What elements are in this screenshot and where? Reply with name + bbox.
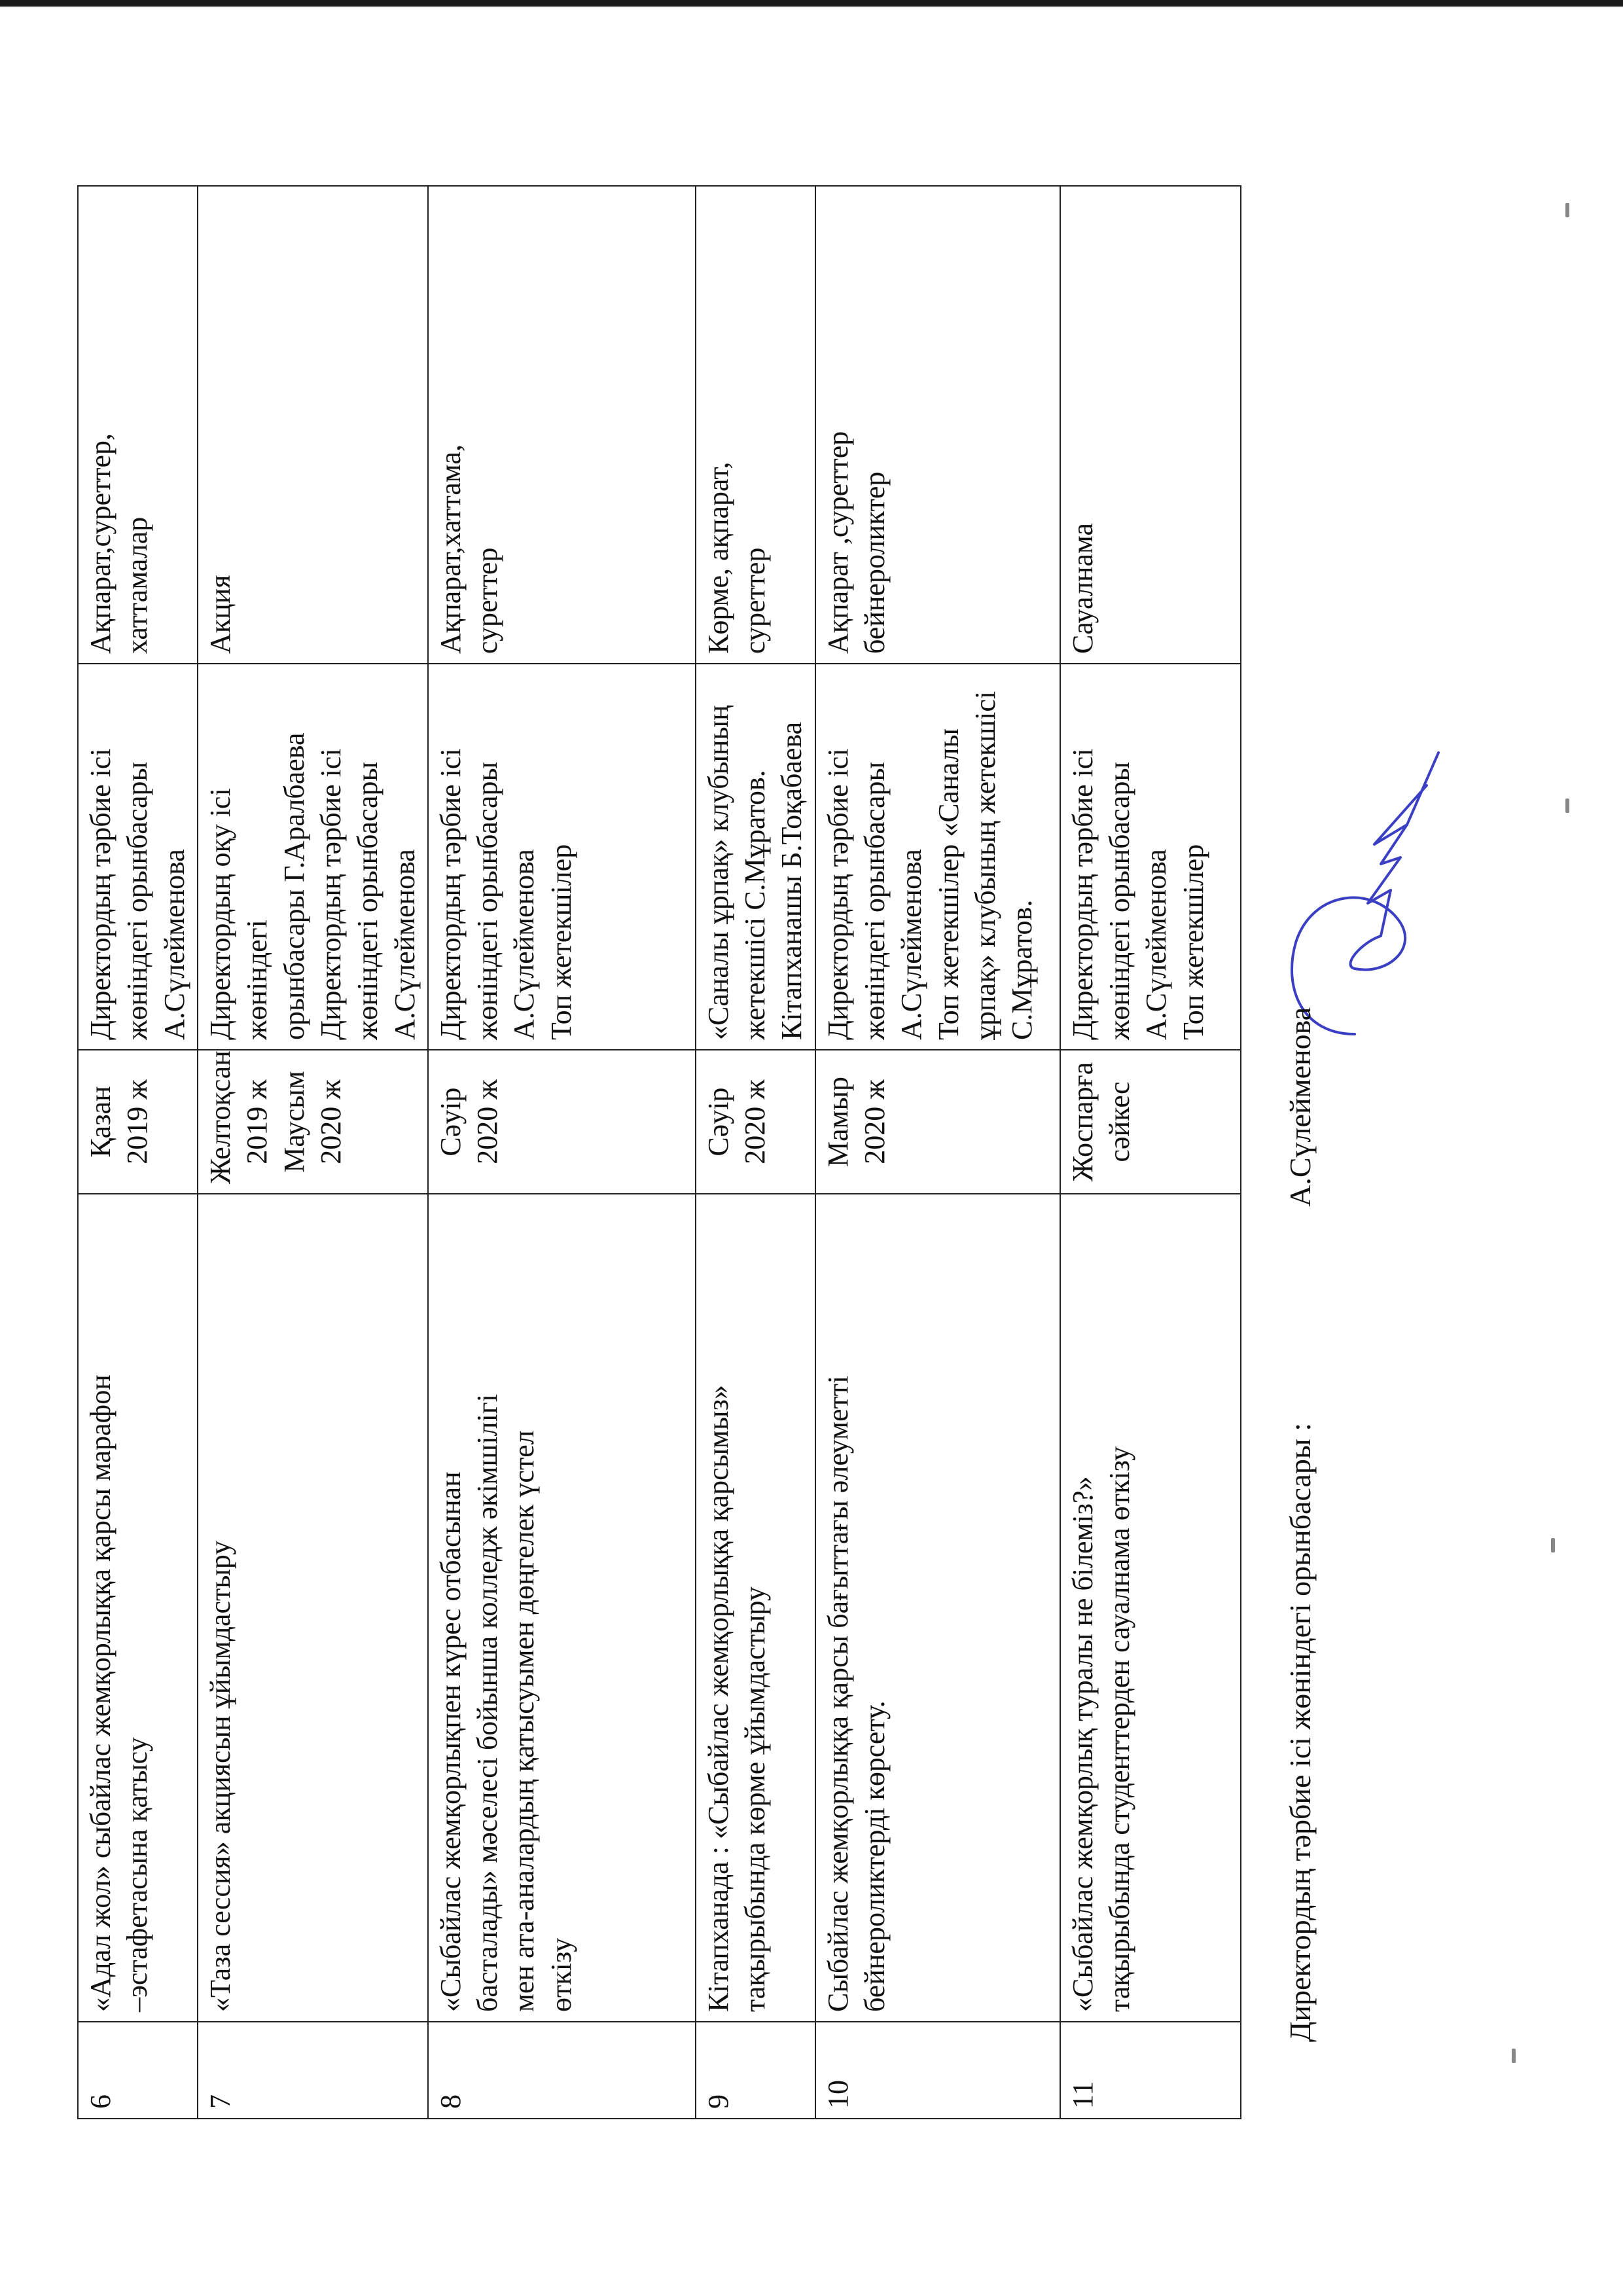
- responsible-cell-line: Топ жетекшілер: [543, 673, 580, 1040]
- date-cell-line: 2020 ж: [857, 1060, 893, 1184]
- activity-cell-line: тақырыбында студенттерден сауалнама өткі…: [1101, 1204, 1138, 2012]
- responsible-cell-line: А.Сүлейменова: [387, 673, 423, 1040]
- responsible-cell-line: жетекшісі С.Мұратов.: [737, 673, 774, 1040]
- responsible-cell: Директордың тәрбие ісіжөніндегі орынбаса…: [428, 664, 696, 1050]
- table-row: 7«Таза сессия» акциясын ұйымдастыруЖелто…: [198, 186, 428, 2119]
- date-cell-line: Маусым: [276, 1060, 313, 1184]
- row-number: 8: [428, 2022, 696, 2119]
- responsible-cell-line: Топ жетекшілер «Саналы: [931, 673, 967, 1040]
- activity-cell: «Таза сессия» акциясын ұйымдастыру: [198, 1194, 428, 2022]
- table-row: 8«Сыбайлас жемқорлықпен күрес отбасынанб…: [428, 186, 696, 2119]
- activity-plan-table: 6«Адал жол» сыбайлас жемқорлыққа қарсы м…: [77, 185, 1241, 2119]
- date-cell-line: Қазан: [82, 1060, 119, 1184]
- row-number-line: 6: [82, 2032, 119, 2109]
- responsible-cell-line: жөніндегі орынбасары: [857, 673, 893, 1040]
- responsible-cell-line: орынбасары Г.Аралбаева: [276, 673, 313, 1040]
- activity-cell: «Адал жол» сыбайлас жемқорлыққа қарсы ма…: [78, 1194, 198, 2022]
- activity-cell: Кітапханада : «Сыбайлас жемқорлыққа қарс…: [696, 1194, 815, 2022]
- activity-cell: «Сыбайлас жемқорлық туралы не білеміз?»т…: [1060, 1194, 1241, 2022]
- activity-cell-line: басталады» мәселесі бойынша колледж әкім…: [469, 1204, 506, 2012]
- activity-cell-line: «Сыбайлас жемқорлықпен күрес отбасынан: [433, 1204, 469, 2012]
- responsible-cell-line: Директордың оқу ісі жөніндегі: [202, 673, 276, 1040]
- responsible-cell-line: Директордың тәрбие ісі: [433, 673, 469, 1040]
- result-cell-line: бейнероликтер: [857, 196, 893, 654]
- date-cell: Жоспарғасәйкес: [1060, 1050, 1241, 1194]
- date-cell: Желтоқсан2019 жМаусым2020 ж: [198, 1050, 428, 1194]
- date-cell-line: Сәуір: [700, 1060, 737, 1184]
- table-row: 9Кітапханада : «Сыбайлас жемқорлыққа қар…: [696, 186, 815, 2119]
- row-number-line: 9: [700, 2032, 737, 2109]
- responsible-cell-line: А.Сүлейменова: [506, 673, 543, 1040]
- result-cell-line: суреттер: [469, 196, 506, 654]
- activity-cell-line: «Таза сессия» акциясын ұйымдастыру: [202, 1204, 239, 2012]
- activity-cell-line: тақырыбында көрме ұйымдастыру: [737, 1204, 774, 2012]
- activity-cell-line: Кітапханада : «Сыбайлас жемқорлыққа қарс…: [700, 1204, 737, 2012]
- scan-speck: [1551, 1538, 1555, 1552]
- date-cell: Қазан2019 ж: [78, 1050, 198, 1194]
- date-cell-line: 2020 ж: [313, 1060, 349, 1184]
- table-row: 6«Адал жол» сыбайлас жемқорлыққа қарсы м…: [78, 186, 198, 2119]
- result-cell-line: Ақпарат,суреттер,: [82, 196, 119, 654]
- activity-cell: «Сыбайлас жемқорлықпен күрес отбасынанба…: [428, 1194, 696, 2022]
- activity-cell-line: –эстафетасына қатысу: [119, 1204, 156, 2012]
- activity-cell-line: «Сыбайлас жемқорлық туралы не білеміз?»: [1065, 1204, 1101, 2012]
- scan-speck: [1565, 203, 1569, 217]
- date-cell-line: 2019 ж: [239, 1060, 276, 1184]
- result-cell-line: суреттер: [737, 196, 774, 654]
- date-cell-line: 2020 ж: [737, 1060, 774, 1184]
- responsible-cell-line: жөніндегі орынбасары: [1101, 673, 1138, 1040]
- date-cell-line: сәйкес: [1101, 1060, 1138, 1184]
- activity-cell-line: «Адал жол» сыбайлас жемқорлыққа қарсы ма…: [82, 1204, 119, 2012]
- landscape-page: 6«Адал жол» сыбайлас жемқорлыққа қарсы м…: [77, 185, 1241, 2119]
- signature-name: А.Сүлейменова: [1283, 1007, 1317, 1207]
- row-number-line: 11: [1065, 2032, 1101, 2109]
- row-number: 6: [78, 2022, 198, 2119]
- row-number: 11: [1060, 2022, 1241, 2119]
- row-number-line: 7: [202, 2032, 239, 2109]
- result-cell-line: Ақпарат ,суреттер: [820, 196, 857, 654]
- result-cell: Ақпарат,хаттама,суреттер: [428, 186, 696, 664]
- row-number-line: 8: [433, 2032, 469, 2109]
- date-cell-line: Желтоқсан: [202, 1060, 239, 1184]
- responsible-cell-line: Топ жетекшілер: [1175, 673, 1212, 1040]
- date-cell-line: Сәуір: [433, 1060, 469, 1184]
- row-number: 7: [198, 2022, 428, 2119]
- result-cell-line: Акция: [202, 196, 239, 654]
- result-cell-line: Ақпарат,хаттама,: [433, 196, 469, 654]
- date-cell-line: Мамыр: [820, 1060, 857, 1184]
- result-cell: Ақпарат,суреттер,хаттамалар: [78, 186, 198, 664]
- responsible-cell-line: С.Мұратов.: [1004, 673, 1041, 1040]
- result-cell-line: хаттамалар: [119, 196, 156, 654]
- responsible-cell-line: А.Сүлейменова: [156, 673, 193, 1040]
- scan-speck: [1512, 2049, 1516, 2063]
- result-cell: Сауалнама: [1060, 186, 1241, 664]
- table-row: 10Сыбайлас жемқорлыққа қарсы бағыттағы ә…: [815, 186, 1060, 2119]
- date-cell: Сәуір2020 ж: [428, 1050, 696, 1194]
- date-cell: Сәуір2020 ж: [696, 1050, 815, 1194]
- responsible-cell-line: «Саналы ұрпақ» клубының: [700, 673, 737, 1040]
- activity-cell: Сыбайлас жемқорлыққа қарсы бағыттағы әле…: [815, 1194, 1060, 2022]
- activity-cell-line: өткізу: [543, 1204, 580, 2012]
- result-cell: Көрме, ақпарат,суреттер: [696, 186, 815, 664]
- activity-cell-line: мен ата-аналардың қатысуымен дөңгелек үс…: [506, 1204, 543, 2012]
- responsible-cell-line: Директордың тәрбие ісі: [1065, 673, 1101, 1040]
- responsible-cell: «Саналы ұрпақ» клубыныңжетекшісі С.Мұрат…: [696, 664, 815, 1050]
- result-cell: Ақпарат ,суреттербейнероликтер: [815, 186, 1060, 664]
- responsible-cell-line: Директордың тәрбие ісі: [820, 673, 857, 1040]
- row-number: 10: [815, 2022, 1060, 2119]
- table-row: 11«Сыбайлас жемқорлық туралы не білеміз?…: [1060, 186, 1241, 2119]
- responsible-cell: Директордың оқу ісі жөніндегіорынбасары …: [198, 664, 428, 1050]
- responsible-cell: Директордың тәрбие ісіжөніндегі орынбаса…: [78, 664, 198, 1050]
- date-cell-line: 2019 ж: [119, 1060, 156, 1184]
- result-cell: Акция: [198, 186, 428, 664]
- result-cell-line: Көрме, ақпарат,: [700, 196, 737, 654]
- activity-cell-line: Сыбайлас жемқорлыққа қарсы бағыттағы әле…: [820, 1204, 857, 2012]
- row-number: 9: [696, 2022, 815, 2119]
- responsible-cell: Директордың тәрбие ісіжөніндегі орынбаса…: [1060, 664, 1241, 1050]
- responsible-cell-line: жөніндегі орынбасары: [119, 673, 156, 1040]
- responsible-cell-line: Директордың тәрбие ісі: [313, 673, 349, 1040]
- result-cell-line: Сауалнама: [1065, 196, 1101, 654]
- responsible-cell: Директордың тәрбие ісіжөніндегі орынбаса…: [815, 664, 1060, 1050]
- scan-edge: [0, 0, 1623, 7]
- date-cell-line: Жоспарға: [1065, 1060, 1101, 1184]
- responsible-cell-line: А.Сүлейменова: [1138, 673, 1175, 1040]
- responsible-cell-line: ұрпақ» клубының жетекшісі: [967, 673, 1004, 1040]
- date-cell-line: 2020 ж: [469, 1060, 506, 1184]
- scan-speck: [1565, 798, 1569, 813]
- signature-position-title: Директордың тәрбие ісі жөніндегі орынбас…: [1283, 1423, 1317, 2042]
- row-number-line: 10: [820, 2032, 857, 2109]
- responsible-cell-line: жөніндегі орынбасары: [469, 673, 506, 1040]
- responsible-cell-line: Кітапханашы Б.Тоқабаева: [774, 673, 810, 1040]
- responsible-cell-line: Директордың тәрбие ісі: [82, 673, 119, 1040]
- responsible-cell-line: А.Сүлейменова: [893, 673, 930, 1040]
- activity-cell-line: бейнероликтерді көрсету.: [857, 1204, 893, 2012]
- signature-line: Директордың тәрбие ісі жөніндегі орынбас…: [1283, 1007, 1317, 2042]
- responsible-cell-line: жөніндегі орынбасары: [349, 673, 386, 1040]
- date-cell: Мамыр2020 ж: [815, 1050, 1060, 1194]
